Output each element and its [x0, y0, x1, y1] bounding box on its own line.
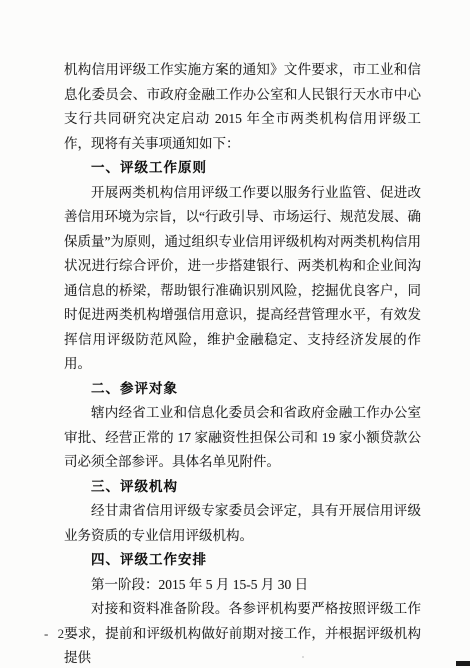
- scan-speck: [302, 656, 304, 658]
- paragraph-participants: 辖内经省工业和信息化委员会和省政府金融工作办公室审批、经营正常的 17 家融资性…: [64, 401, 421, 475]
- paragraph-intro-continuation: 机构信用评级工作实施方案的通知》文件要求，市工业和信息化委员会、市政府金融工作办…: [64, 58, 421, 156]
- section-heading-2-participants: 二、参评对象: [64, 377, 421, 402]
- paragraph-rating-agency: 经甘肃省信用评级专家委员会评定，具有开展信用评级业务资质的专业信用评级机构。: [64, 499, 421, 548]
- paragraph-phase-1-description: 对接和资料准备阶段。各参评机构要严格按照评级工作要求，提前和评级机构做好前期对接…: [64, 597, 421, 668]
- paragraph-rating-principles: 开展两类机构信用评级工作要以服务行业监管、促进改善信用环境为宗旨，以“行政引导、…: [64, 181, 421, 377]
- paragraph-phase-1-dates: 第一阶段：2015 年 5 月 15-5 月 30 日: [64, 573, 421, 598]
- document-body: 机构信用评级工作实施方案的通知》文件要求，市工业和信息化委员会、市政府金融工作办…: [64, 58, 421, 668]
- page-number: - 2 -: [44, 626, 81, 642]
- scan-artifact-corner-mark: [456, 661, 470, 666]
- scan-speck: [338, 632, 340, 634]
- section-heading-3-rating-agency: 三、评级机构: [64, 475, 421, 500]
- section-heading-4-work-schedule: 四、评级工作安排: [64, 548, 421, 573]
- section-heading-1-rating-principles: 一、评级工作原则: [64, 156, 421, 181]
- document-page: 机构信用评级工作实施方案的通知》文件要求，市工业和信息化委员会、市政府金融工作办…: [0, 0, 470, 668]
